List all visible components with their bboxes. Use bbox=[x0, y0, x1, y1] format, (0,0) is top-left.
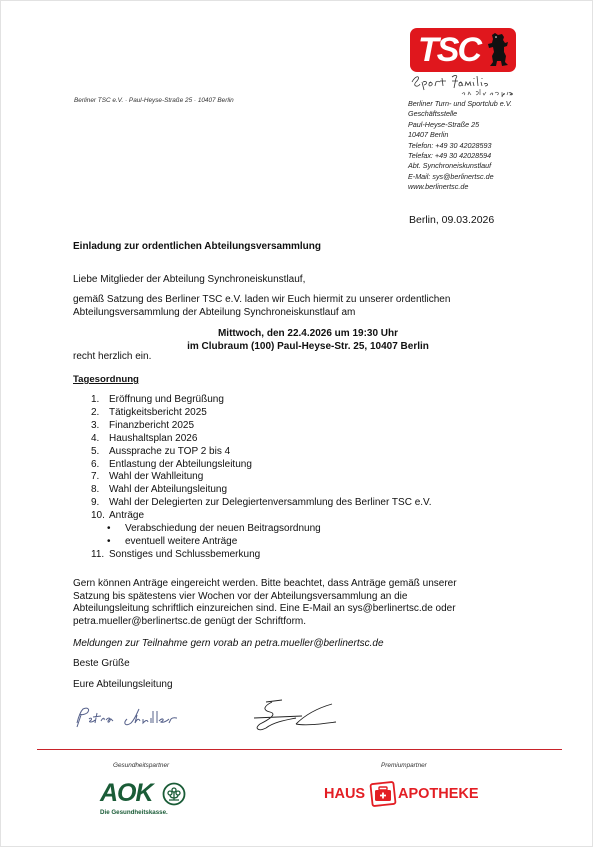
agenda-item: 6.Entlastung der Abteilungsleitung bbox=[91, 459, 432, 472]
letter-page: TSC Sportfamilie an der Spree Berliner T… bbox=[0, 0, 593, 847]
contact-website[interactable]: www.berlinertsc.de bbox=[408, 182, 512, 192]
partner-label-health: Gesundheitspartner bbox=[113, 762, 169, 769]
intro-line: gemäß Satzung des Berliner TSC e.V. lade… bbox=[73, 294, 450, 307]
agenda-item: 4.Haushaltsplan 2026 bbox=[91, 433, 432, 446]
contact-street: Paul-Heyse-Straße 25 bbox=[408, 120, 512, 130]
agenda-item: 3.Finanzbericht 2025 bbox=[91, 420, 432, 433]
sportfamilie-tagline: Sportfamilie an der Spree bbox=[410, 72, 520, 100]
aok-logo: AOK Die Gesundheitskasse. bbox=[100, 780, 192, 820]
berlin-bear-icon bbox=[486, 32, 510, 68]
agenda-item: 5.Aussprache zu TOP 2 bis 4 bbox=[91, 446, 432, 459]
intro-line: Abteilungsversammlung der Abteilung Sync… bbox=[73, 307, 450, 320]
agenda-item: 1.Eröffnung und Begrüßung bbox=[91, 394, 432, 407]
aok-tree-icon bbox=[162, 782, 186, 806]
letter-date: Berlin, 09.03.2026 bbox=[409, 214, 494, 226]
signature-petra-mueller bbox=[73, 701, 203, 733]
aok-wordmark: AOK bbox=[100, 780, 153, 806]
registration-note: Meldungen zur Teilnahme gern vorab an pe… bbox=[73, 638, 384, 651]
agenda-item: 9.Wahl der Delegierten zur Delegiertenve… bbox=[91, 497, 432, 510]
regards: Beste Grüße bbox=[73, 658, 130, 671]
signoff: Eure Abteilungsleitung bbox=[73, 679, 173, 692]
contact-office: Geschäftsstelle bbox=[408, 109, 512, 119]
contact-block: Berliner Turn- und Sportclub e.V. Geschä… bbox=[408, 99, 512, 193]
intro-paragraph: gemäß Satzung des Berliner TSC e.V. lade… bbox=[73, 294, 450, 319]
event-details: Mittwoch, den 22.4.2026 um 19:30 Uhr im … bbox=[73, 328, 543, 353]
first-aid-kit-icon bbox=[369, 780, 397, 808]
event-date-time: Mittwoch, den 22.4.2026 um 19:30 Uhr bbox=[73, 328, 543, 341]
letter-subject: Einladung zur ordentlichen Abteilungsver… bbox=[73, 241, 321, 252]
agenda-item: 2.Tätigkeitsbericht 2025 bbox=[91, 407, 432, 420]
agenda-item: 11.Sonstiges und Schlussbemerkung bbox=[91, 549, 432, 562]
bullet-icon: • bbox=[107, 536, 125, 549]
contact-city: 10407 Berlin bbox=[408, 130, 512, 140]
contact-club-name: Berliner Turn- und Sportclub e.V. bbox=[408, 99, 512, 109]
greeting: Liebe Mitglieder der Abteilung Synchrone… bbox=[73, 274, 305, 287]
contact-email[interactable]: E-Mail: sys@berlinertsc.de bbox=[408, 172, 512, 182]
agenda-item: 7.Wahl der Wahlleitung bbox=[91, 471, 432, 484]
tsc-logo: TSC bbox=[410, 28, 516, 72]
hausapotheke-word-apotheke: APOTHEKE bbox=[398, 786, 479, 802]
signature-second bbox=[246, 698, 346, 734]
tsc-logo-text: TSC bbox=[418, 33, 480, 67]
agenda-list: 1.Eröffnung und Begrüßung 2.Tätigkeitsbe… bbox=[91, 394, 432, 562]
antraege-paragraph: Gern können Anträge eingereicht werden. … bbox=[73, 578, 457, 628]
aok-claim: Die Gesundheitskasse. bbox=[100, 809, 168, 816]
closing-intro: recht herzlich ein. bbox=[73, 351, 151, 364]
sender-address-line: Berliner TSC e.V. · Paul-Heyse-Straße 25… bbox=[74, 97, 234, 104]
agenda-item: 8.Wahl der Abteilungsleitung bbox=[91, 484, 432, 497]
hausapotheke-logo: HAUS APOTHEKE bbox=[324, 780, 499, 810]
hausapotheke-word-haus: HAUS bbox=[324, 786, 365, 802]
contact-fax: Telefax: +49 30 42028594 bbox=[408, 151, 512, 161]
agenda-subitem: •eventuell weitere Anträge bbox=[91, 536, 432, 549]
bullet-icon: • bbox=[107, 523, 125, 536]
footer-divider bbox=[37, 749, 562, 750]
contact-phone: Telefon: +49 30 42028593 bbox=[408, 141, 512, 151]
partner-label-premium: Premiumpartner bbox=[381, 762, 427, 769]
agenda-subitem: •Verabschiedung der neuen Beitragsordnun… bbox=[91, 523, 432, 536]
contact-department: Abt. Synchroneiskunstlauf bbox=[408, 161, 512, 171]
agenda-title: Tagesordnung bbox=[73, 374, 139, 385]
agenda-item: 10.Anträge bbox=[91, 510, 432, 523]
